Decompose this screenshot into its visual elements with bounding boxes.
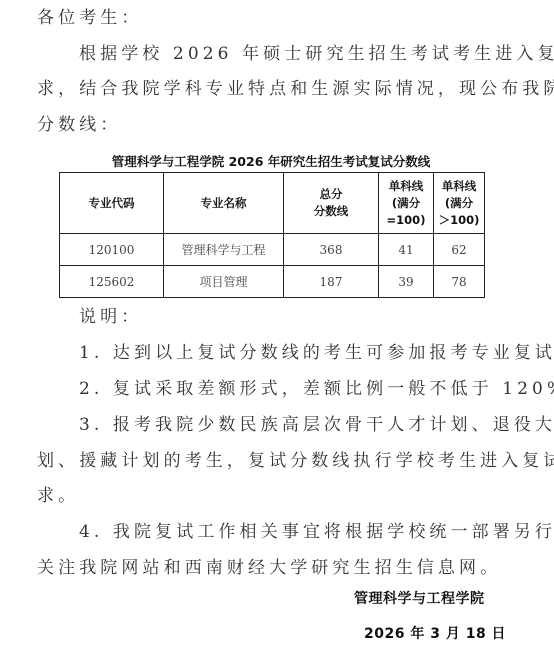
intro-line-2: 求，结合我院学科专业特点和生源实际情况，现公布我院各专业复试 [37, 78, 554, 100]
cell-name: 管理科学与工程 [164, 234, 284, 266]
table-row: 125602 项目管理 187 39 78 [60, 266, 485, 298]
score-table: 专业代码 专业名称 总分分数线 单科线(满分=100) 单科线(满分＞100) … [59, 172, 485, 298]
header-major-code: 专业代码 [60, 173, 164, 234]
note-4-line-1: 4. 我院复试工作相关事宜将根据学校统一部署另行通知，请密切 [79, 521, 554, 543]
cell-single-over-100: 62 [434, 234, 485, 266]
cell-single-over-100: 78 [434, 266, 485, 298]
cell-code: 125602 [60, 266, 164, 298]
header-single-subject-100: 单科线(满分=100) [379, 173, 434, 234]
header-total-score: 总分分数线 [284, 173, 379, 234]
cell-code: 120100 [60, 234, 164, 266]
cell-total: 187 [284, 266, 379, 298]
date: 2026 年 3 月 18 日 [364, 623, 506, 643]
table-row: 120100 管理科学与工程 368 41 62 [60, 234, 485, 266]
note-3-line-1: 3. 报考我院少数民族高层次骨干人才计划、退役大学生士兵计 [79, 414, 554, 436]
cell-single-100: 39 [379, 266, 434, 298]
cell-name: 项目管理 [164, 266, 284, 298]
notes-heading: 说明： [79, 306, 142, 328]
cell-single-100: 41 [379, 234, 434, 266]
signature: 管理科学与工程学院 [354, 588, 485, 608]
cell-total: 368 [284, 234, 379, 266]
salutation: 各位考生： [37, 7, 143, 29]
table-title: 管理科学与工程学院 2026 年研究生招生考试复试分数线 [59, 153, 483, 171]
note-4-line-2: 关注我院网站和西南财经大学研究生招生信息网。 [37, 557, 501, 579]
header-single-subject-over-100: 单科线(满分＞100) [434, 173, 485, 234]
note-3-line-2: 划、援藏计划的考生，复试分数线执行学校考生进入复试基本成绩要 [37, 450, 554, 472]
intro-line-3: 分数线： [37, 114, 121, 136]
note-1: 1. 达到以上复试分数线的考生可参加报考专业复试。 [79, 342, 554, 364]
note-3-line-3: 求。 [37, 485, 79, 507]
note-2: 2. 复试采取差额形式，差额比例一般不低于 120%。 [79, 378, 554, 400]
table-header-row: 专业代码 专业名称 总分分数线 单科线(满分=100) 单科线(满分＞100) [60, 173, 485, 234]
header-major-name: 专业名称 [164, 173, 284, 234]
intro-line-1: 根据学校 2026 年硕士研究生招生考试考生进入复试基本成绩要 [79, 43, 554, 65]
